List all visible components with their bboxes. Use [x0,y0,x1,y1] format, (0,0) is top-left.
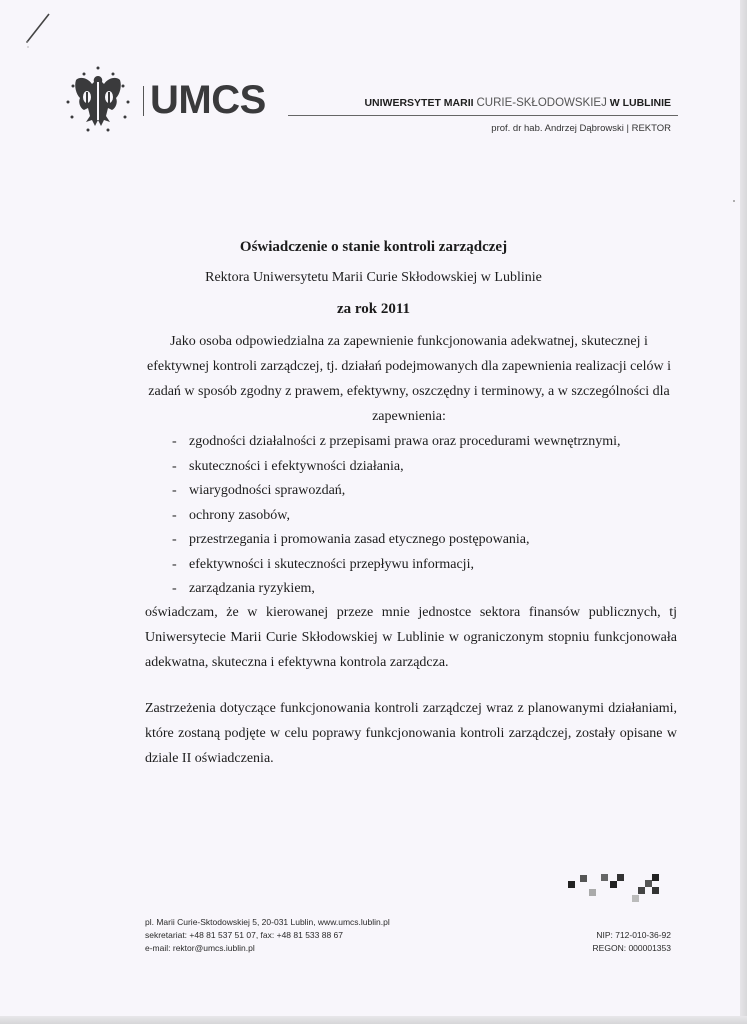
list-item-text: skuteczności i efektywności działania, [189,459,404,474]
document-subtitle: Rektora Uniwersytetu Marii Curie Skłodow… [0,270,747,286]
list-dash: - [172,528,189,553]
list-item: -skuteczności i efektywności działania, [172,455,621,480]
rector-separator: | [626,123,628,134]
university-name-part-2: CURIE-SKŁODOWSKIEJ [476,97,606,109]
rector-line: prof. dr hab. Andrzej Dąbrowski | REKTOR [491,123,671,134]
footer-nip: NIP: 712-010-36-92 [593,929,671,942]
footer-phones: sekretariat: +48 81 537 51 07, fax: +48 … [145,929,390,942]
document-year: za rok 2011 [0,301,747,318]
footer-contact: pl. Marii Curie-Sktodowskiej 5, 20-031 L… [145,916,390,955]
header-divider-line [288,115,678,116]
scan-edge-bottom [0,1016,747,1024]
list-item: -wiarygodności sprawozdań, [172,479,621,504]
list-dash: - [172,553,189,578]
rector-name: prof. dr hab. Andrzej Dąbrowski [491,123,624,134]
list-item: -zgodności działalności z przepisami pra… [172,430,621,455]
umcs-eagle-emblem-icon [62,64,142,134]
list-item-text: przestrzegania i promowania zasad etyczn… [189,532,530,547]
footer-address: pl. Marii Curie-Sktodowskiej 5, 20-031 L… [145,916,390,929]
list-item: -ochrony zasobów, [172,504,621,529]
list-dash: - [172,479,189,504]
scan-edge-right [740,0,747,1024]
list-item: -zarządzania ryzykiem, [172,577,621,602]
list-item-text: zarządzania ryzykiem, [189,581,315,596]
control-objectives-list: -zgodności działalności z przepisami pra… [172,430,621,602]
list-item-text: wiarygodności sprawozdań, [189,483,345,498]
list-dash: - [172,430,189,455]
university-name: UNIWERSYTET MARII CURIE-SKŁODOWSKIEJ W L… [364,97,671,109]
university-name-part-3: W LUBLINIE [610,97,671,109]
document-page: UMCS UNIWERSYTET MARII CURIE-SKŁODOWSKIE… [0,0,740,1016]
decorative-pixel-pattern [565,870,685,910]
list-item: -przestrzegania i promowania zasad etycz… [172,528,621,553]
declaration-paragraph: oświadczam, że w kierowanej przeze mnie … [145,600,677,675]
list-item-text: ochrony zasobów, [189,508,290,523]
reservations-paragraph: Zastrzeżenia dotyczące funkcjonowania ko… [145,696,677,771]
list-dash: - [172,455,189,480]
intro-paragraph: Jako osoba odpowiedzialna za zapewnienie… [143,329,675,429]
list-item: -efektywności i skuteczności przepływu i… [172,553,621,578]
list-dash: - [172,504,189,529]
logo-divider [143,86,144,116]
rector-title: REKTOR [632,123,671,134]
footer-email: e-mail: rektor@umcs.iublin.pl [145,942,390,955]
pen-stroke-mark [22,12,52,48]
footer-registration: NIP: 712-010-36-92 REGON: 000001353 [593,929,671,955]
footer-regon: REGON: 000001353 [593,942,671,955]
list-dash: - [172,577,189,602]
list-item-text: efektywności i skuteczności przepływu in… [189,557,474,572]
university-name-part-1: UNIWERSYTET MARII [364,97,473,109]
scan-speck [733,200,735,202]
list-item-text: zgodności działalności z przepisami praw… [189,434,621,449]
document-title: Oświadczenie o stanie kontroli zarządcze… [0,239,747,256]
umcs-logo-text: UMCS [150,76,266,124]
